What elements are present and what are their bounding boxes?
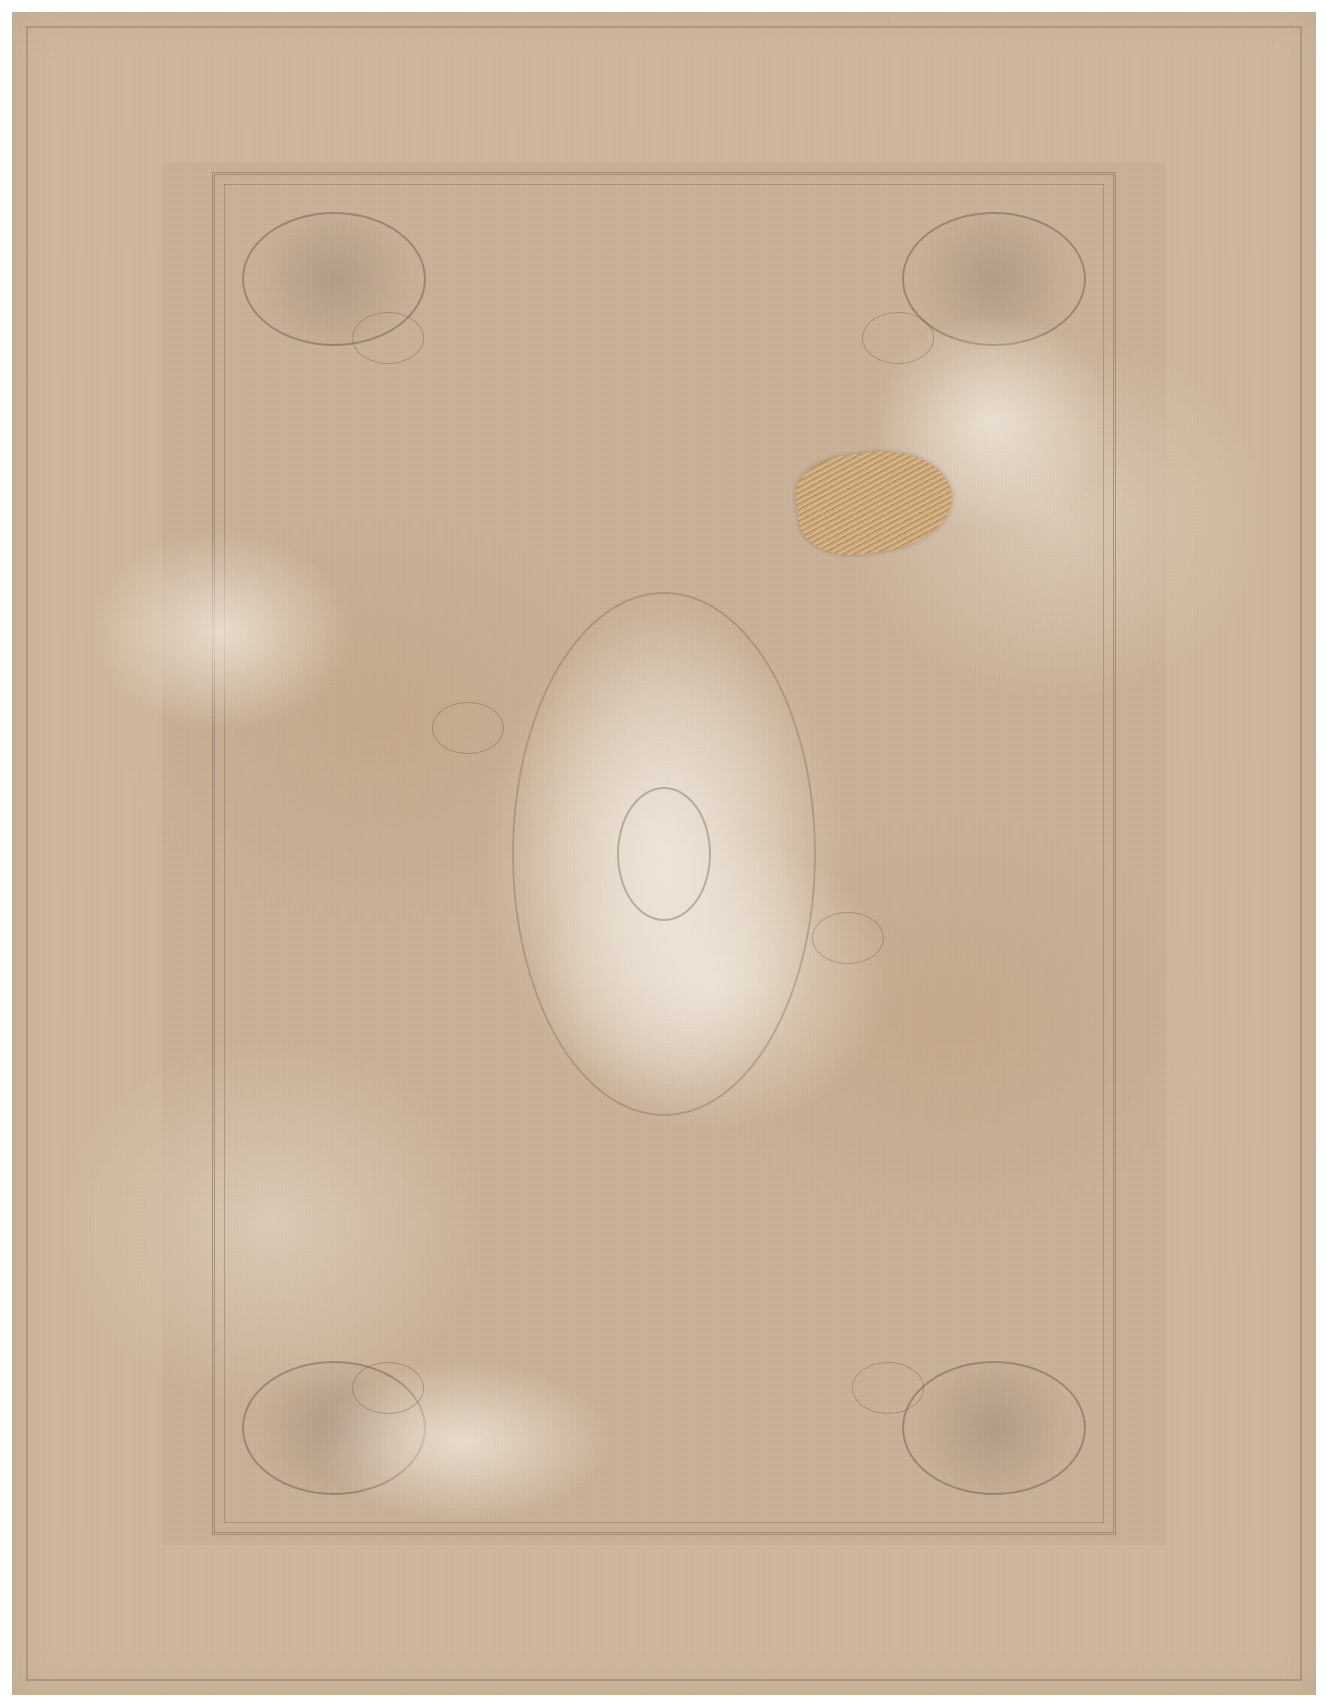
floral-motif (352, 312, 424, 364)
rug (12, 12, 1316, 1695)
floral-motif (352, 1362, 424, 1414)
medallion-core (617, 787, 711, 921)
spandrel-bottom-right (902, 1361, 1086, 1495)
floral-motif (862, 312, 934, 364)
floral-motif (852, 1362, 924, 1414)
floral-motif (812, 912, 884, 964)
wear-patch (92, 532, 352, 732)
floral-motif (432, 702, 504, 754)
central-medallion (512, 592, 816, 1116)
